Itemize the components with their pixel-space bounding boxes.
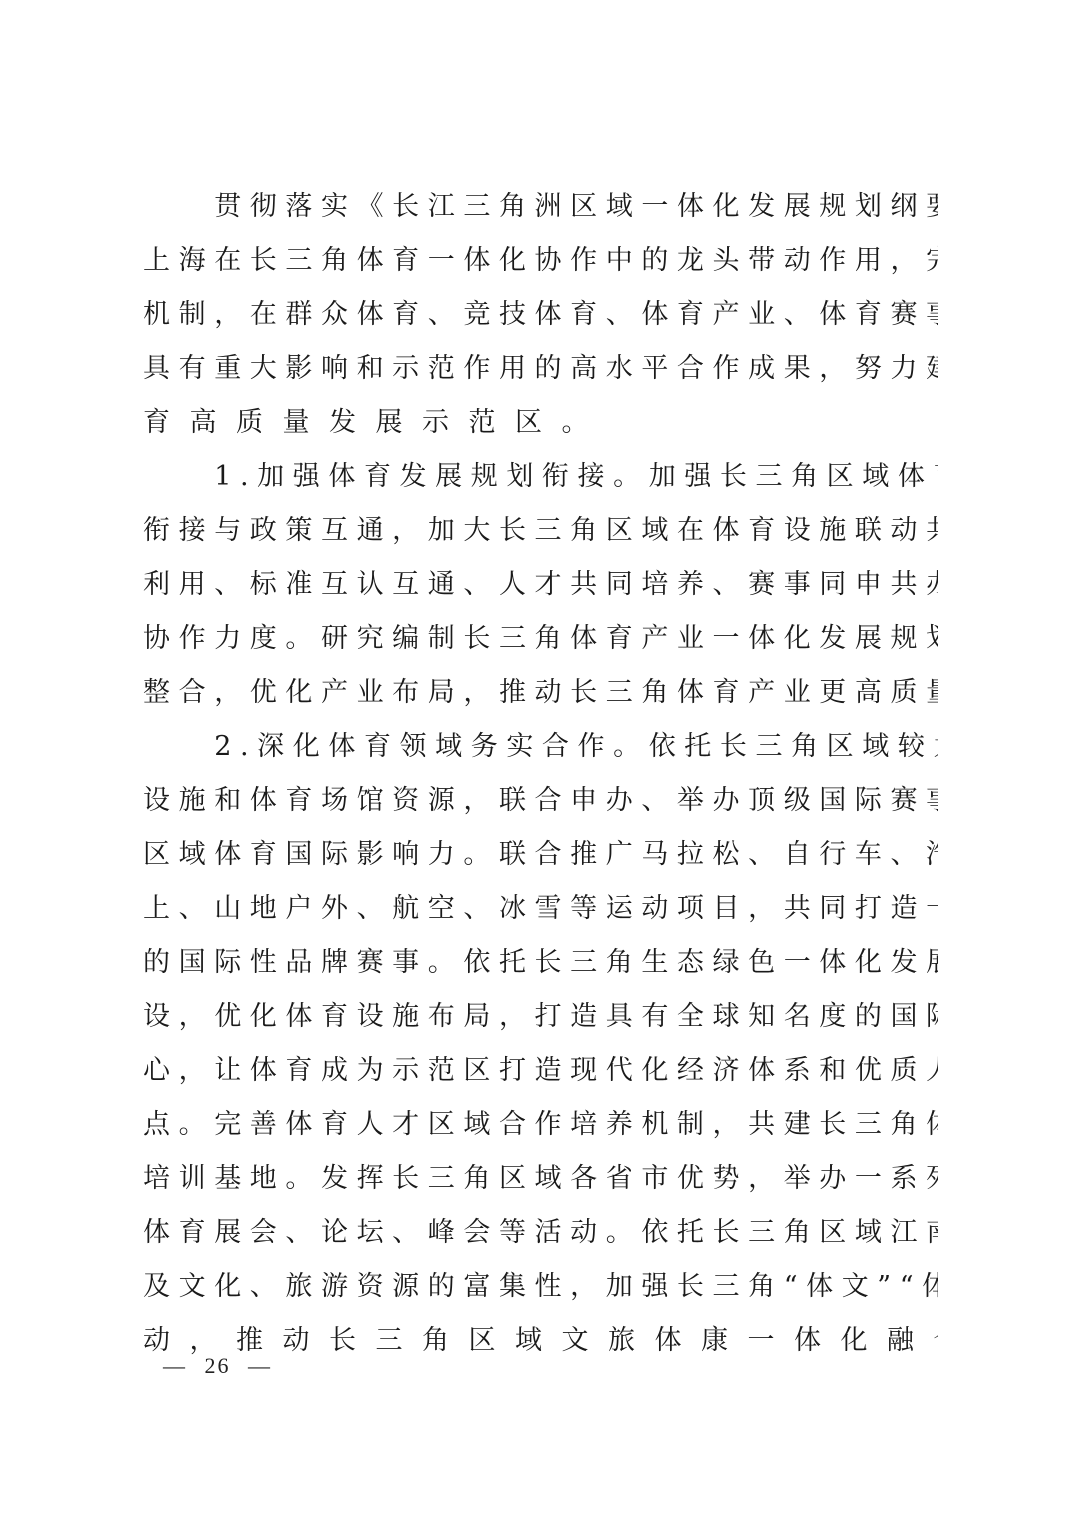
- text-line: 2 . 深 化 体 育 领 域 务 实 合 作 。 依 托 长 三 角 区 域 …: [143, 720, 938, 774]
- text-line: 整 合 ， 优 化 产 业 布 局 ， 推 动 长 三 角 体 育 产 业 更 …: [143, 666, 938, 720]
- text-line: 体 育 展 会 、 论 坛 、 峰 会 等 活 动 。 依 托 长 三 角 区 …: [143, 1206, 938, 1260]
- text-line: 育高质量发展示范区。: [143, 396, 938, 450]
- text-line: 上 、 山 地 户 外 、 航 空 、 冰 雪 等 运 动 项 目 ， 共 同 …: [143, 882, 938, 936]
- text-line: 衔 接 与 政 策 互 通 ， 加 大 长 三 角 区 域 在 体 育 设 施 …: [143, 504, 938, 558]
- text-line: 心 ， 让 体 育 成 为 示 范 区 打 造 现 代 化 经 济 体 系 和 …: [143, 1044, 938, 1098]
- text-line: 协 作 力 度 。 研 究 编 制 长 三 角 体 育 产 业 一 体 化 发 …: [143, 612, 938, 666]
- page-number-dash-left: —: [163, 1353, 187, 1378]
- paragraph-item-1: 1 . 加 强 体 育 发 展 规 划 衔 接 。 加 强 长 三 角 区 域 …: [143, 450, 938, 720]
- document-page: 贯 彻 落 实 《 长 江 三 角 洲 区 域 一 体 化 发 展 规 划 纲 …: [0, 0, 1080, 1527]
- text-line: 的 国 际 性 品 牌 赛 事 。 依 托 长 三 角 生 态 绿 色 一 体 …: [143, 936, 938, 990]
- text-line: 机 制 ， 在 群 众 体 育 、 竞 技 体 育 、 体 育 产 业 、 体 …: [143, 288, 938, 342]
- text-line: 设 施 和 体 育 场 馆 资 源 ， 联 合 申 办 、 举 办 顶 级 国 …: [143, 774, 938, 828]
- text-line: 点 。 完 善 体 育 人 才 区 域 合 作 培 养 机 制 ， 共 建 长 …: [143, 1098, 938, 1152]
- body-text: 贯 彻 落 实 《 长 江 三 角 洲 区 域 一 体 化 发 展 规 划 纲 …: [143, 180, 938, 1368]
- page-number: 26: [205, 1353, 231, 1379]
- text-line: 1 . 加 强 体 育 发 展 规 划 衔 接 。 加 强 长 三 角 区 域 …: [143, 450, 938, 504]
- paragraph-intro: 贯 彻 落 实 《 长 江 三 角 洲 区 域 一 体 化 发 展 规 划 纲 …: [143, 180, 938, 450]
- text-line: 设 ， 优 化 体 育 设 施 布 局 ， 打 造 具 有 全 球 知 名 度 …: [143, 990, 938, 1044]
- text-line: 贯 彻 落 实 《 长 江 三 角 洲 区 域 一 体 化 发 展 规 划 纲 …: [143, 180, 938, 234]
- page-number-dash-right: —: [248, 1353, 272, 1378]
- text-line: 培 训 基 地 。 发 挥 长 三 角 区 域 各 省 市 优 势 ， 举 办 …: [143, 1152, 938, 1206]
- page-number-footer: — 26 —: [163, 1353, 272, 1379]
- text-line: 具 有 重 大 影 响 和 示 范 作 用 的 高 水 平 合 作 成 果 ， …: [143, 342, 938, 396]
- paragraph-item-2: 2 . 深 化 体 育 领 域 务 实 合 作 。 依 托 长 三 角 区 域 …: [143, 720, 938, 1368]
- text-line: 上 海 在 长 三 角 体 育 一 体 化 协 作 中 的 龙 头 带 动 作 …: [143, 234, 938, 288]
- text-line: 及 文 化 、 旅 游 资 源 的 富 集 性 ， 加 强 长 三 角 “ 体 …: [143, 1260, 938, 1314]
- text-line: 区 域 体 育 国 际 影 响 力 。 联 合 推 广 马 拉 松 、 自 行 …: [143, 828, 938, 882]
- text-line: 利 用 、 标 准 互 认 互 通 、 人 才 共 同 培 养 、 赛 事 同 …: [143, 558, 938, 612]
